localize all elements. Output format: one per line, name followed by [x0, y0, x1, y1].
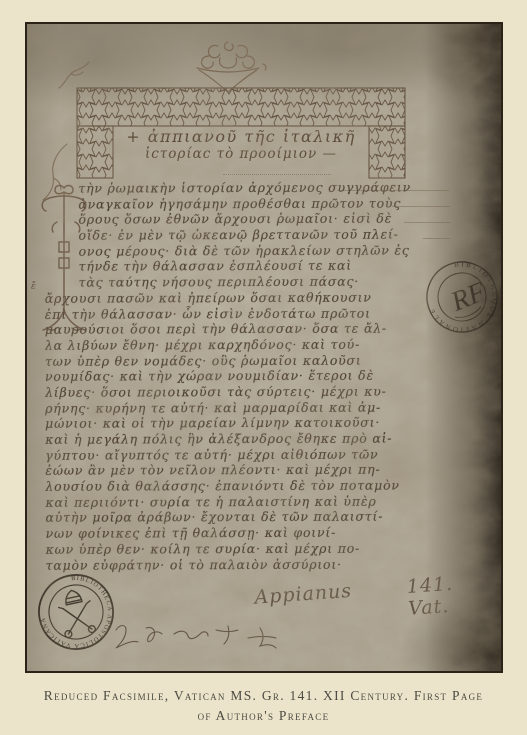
book-page: + ἀππιανοῦ τῆϲ ἰταλικῆ ἱϲτορίαϲ τὸ προοί…: [0, 0, 527, 735]
manuscript-text-line: μαυρούσιοι ὅσοι περὶ τὴν θάλασσαν· ὅσα τ…: [45, 320, 459, 337]
library-stamp-vaticana: BIBLIOTHECA APOSTOLICA VATICANA: [26, 562, 126, 662]
shelfmark-inscription: Appianus 141. Vat.: [254, 569, 502, 630]
manuscript-text-block: τὴν ῥωμαικὴν ἱστορίαν ἀρχόμενος συγγράφε…: [44, 179, 459, 573]
stamp-rim-text: BIBLIOTHECA APOSTOLICA VATICANA: [32, 568, 120, 656]
manuscript-text-line: τὴν ῥωμαικὴν ἱστορίαν ἀρχόμενος συγγράφε…: [44, 179, 458, 196]
margin-mark: ἔ: [31, 282, 36, 292]
manuscript-text-line: λουσίου διὰ θαλάσσης· ἐπανιόντι δὲ τὸν π…: [45, 477, 459, 494]
manuscript-text-line: κων ὑπὲρ θεν· κοίλη τε συρία· καὶ μέχρι …: [46, 540, 460, 557]
manuscript-text-line: γύπτου· αἴγυπτός τε αὐτή· μέχρι αἰθιόπων…: [45, 446, 459, 463]
headpiece-title-line2: ἱϲτορίαϲ τὸ προοίμιον —: [113, 146, 369, 162]
ruling-line: [223, 174, 331, 175]
manuscript-text-line: ρήνης· κυρήνη τε αὐτή· καὶ μαρμαρίδαι κα…: [45, 399, 459, 416]
manuscript-text-line: τὰς ταύτης νήσους περιπλέουσι πάσας·: [45, 273, 459, 290]
pen-scribble: [112, 620, 282, 652]
manuscript-text-line: νουμίδας· καὶ τὴν χώραν νουμιδίαν· ἕτερο…: [45, 368, 459, 385]
manuscript-text-line: αὐτὴν μοῖρα ἀράβων· ἔχονται δὲ τῶν παλαι…: [45, 509, 459, 526]
manuscript-text-line: ἐπὶ τὴν θάλασσαν· ὧν εἰσὶν ἐνδοτάτω πρῶτ…: [45, 305, 459, 322]
facsimile-plate: + ἀππιανοῦ τῆϲ ἰταλικῆ ἱϲτορίαϲ τὸ προοί…: [25, 22, 503, 673]
manuscript-text-line: ἀναγκαῖον ἡγησάμην προθέσθαι πρῶτον τοὺς: [44, 195, 458, 212]
manuscript-text-line: ἑώων ἂν μὲν τὸν νεῖλον πλέοντι· καὶ μέχρ…: [45, 462, 459, 479]
caption-line-2: of Author's Preface: [0, 708, 527, 724]
manuscript-text-line: μώνιοι· καὶ οἱ τὴν μαρείαν λίμνην κατοικ…: [45, 415, 459, 432]
manuscript-text-line: λα λιβύων ἔθνη· μέχρι καρχηδόνος· καὶ το…: [45, 336, 459, 353]
stamp-monogram: RF: [446, 276, 491, 318]
manuscript-text-line: νων φοίνικες ἐπὶ τῇ θαλάσσῃ· καὶ φοινί-: [46, 524, 460, 541]
manuscript-text-line: των ὑπὲρ θεν νομάδες· οὓς ῥωμαῖοι καλοῦσ…: [45, 352, 459, 369]
shelfmark-number: 141. Vat.: [406, 569, 502, 619]
manuscript-text-line: ονος μέρους· διὰ δὲ τῶν ἡρακλείων στηλῶν…: [45, 242, 459, 259]
manuscript-text-line: καὶ ἡ μεγάλη πόλις ἣν ἀλέξανδρος ἔθηκε π…: [45, 430, 459, 447]
manuscript-text-line: τήνδε τὴν θάλασσαν ἐσπλέουσί τε καὶ: [45, 258, 459, 275]
manuscript-text-line: ἄρχουσι πασῶν καὶ ἠπείρων ὅσαι καθήκουσι…: [45, 289, 459, 306]
manuscript-text-line: οἵδε· ἐν μὲν τῷ ὠκεανῷ βρεττανῶν τοῦ πλε…: [44, 226, 458, 243]
headpiece-title: + ἀππιανοῦ τῆϲ ἰταλικῆ ἱϲτορίαϲ τὸ προοί…: [113, 127, 369, 162]
manuscript-page: + ἀππιανοῦ τῆϲ ἰταλικῆ ἱϲτορίαϲ τὸ προοί…: [27, 24, 501, 671]
caption-line-1: Reduced Facsimile, Vatican MS. Gr. 141. …: [0, 688, 527, 704]
headpiece-title-line1: + ἀππιανοῦ τῆϲ ἰταλικῆ: [113, 127, 369, 146]
tiara-and-keys-emblem: [56, 587, 97, 638]
manuscript-text-line: ὅρους ὅσων ἐθνῶν ἄρχουσι ῥωμαῖοι· εἰσὶ δ…: [44, 211, 458, 228]
svg-text:BIBLIOTHECA APOSTOLICA VATICAN: BIBLIOTHECA APOSTOLICA VATICANA: [32, 568, 120, 656]
manuscript-text-line: λίβυες· ὅσοι περιοικοῦσι τὰς σύρτεις· μέ…: [45, 383, 459, 400]
manuscript-text-line: καὶ περιιόντι· συρία τε ἡ παλαιστίνη καὶ…: [45, 493, 459, 510]
